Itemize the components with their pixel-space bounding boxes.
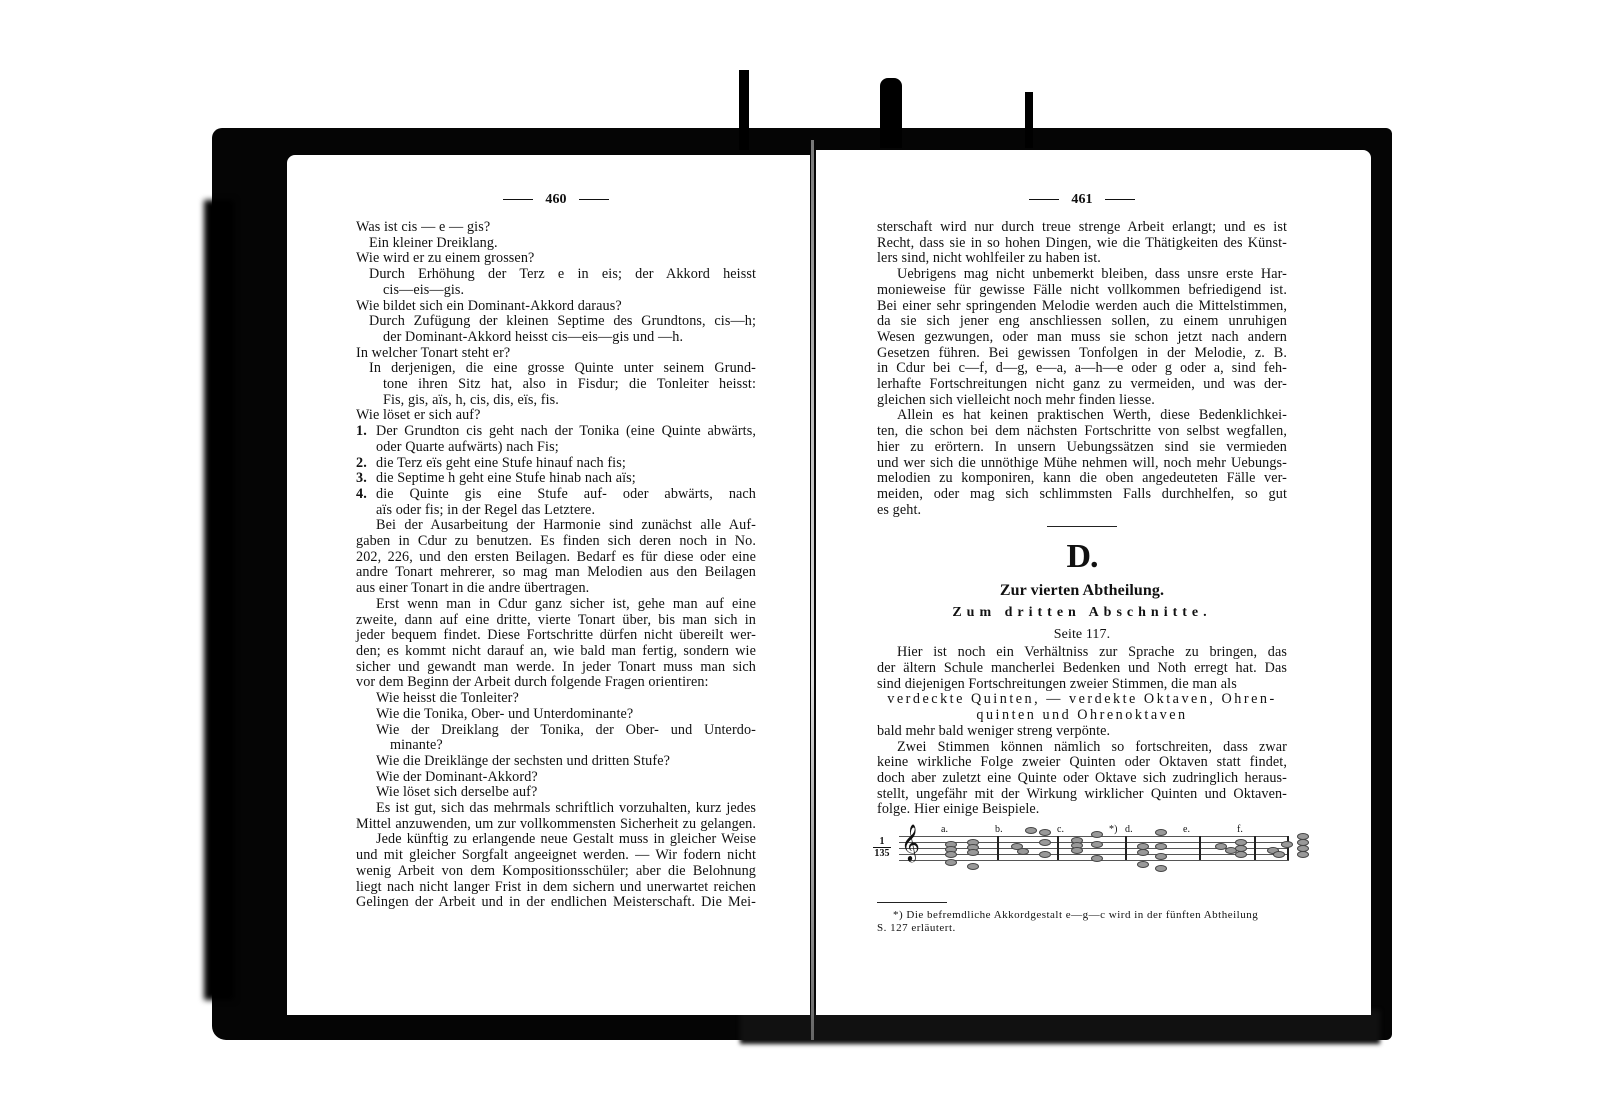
music-example: 1 135 a.b.c.*)d.e.f. 𝄞	[877, 822, 1287, 892]
binding-tab	[739, 70, 749, 150]
text-line: Jede künftig zu erlangende neue Gestalt …	[356, 832, 756, 848]
note-head-icon	[967, 863, 979, 870]
page-number: 461	[877, 190, 1287, 220]
text-line: cis—eis—gis.	[356, 283, 756, 299]
text-line: Durch Erhöhung der Terz e in eis; der Ak…	[356, 267, 756, 283]
text-line: doch aber zuletzt eine Quinte oder Oktav…	[877, 771, 1287, 787]
footnote-line: S. 127 erläutert.	[877, 922, 1287, 935]
footnote-divider	[877, 902, 947, 903]
footnote: *) Die befremdliche Akkordgestalt e—g—c …	[877, 909, 1287, 935]
list-number: 3.	[356, 471, 376, 487]
note-head-icon	[1039, 829, 1051, 836]
text-line: sicher und gewandt man werde. In jeder T…	[356, 660, 756, 676]
note-head-icon	[1091, 841, 1103, 848]
note-head-icon	[1155, 865, 1167, 872]
text-line: Ein kleiner Dreiklang.	[356, 236, 756, 252]
text-line: Was ist cis — e — gis?	[356, 220, 756, 236]
music-staff	[899, 836, 1289, 860]
text-line: Fis, gis, aïs, h, cis, dis, eïs, fis.	[356, 393, 756, 409]
text-line: 1.Der Grundton cis geht nach der Tonika …	[356, 424, 756, 440]
text-line: Recht, dass sie in so hohen Dingen, wie …	[877, 236, 1287, 252]
text-line: 202, 226, und den ersten Beilagen. Bedar…	[356, 550, 756, 566]
text-line: Wie die Dreiklänge der sechsten und drit…	[356, 754, 756, 770]
note-head-icon	[945, 851, 957, 858]
page-reference: Seite 117.	[877, 625, 1287, 645]
cover-edge-left	[204, 200, 234, 1000]
left-page-body: Was ist cis — e — gis?Ein kleiner Dreikl…	[356, 220, 756, 911]
text-line: melodien zu komponiren, kann die oben an…	[877, 471, 1287, 487]
note-head-icon	[1039, 839, 1051, 846]
text-line: Wie der Dominant-Akkord?	[356, 770, 756, 786]
text-line: Wie die Tonika, Ober- und Unterdominante…	[356, 707, 756, 723]
text-line: 4.die Quinte gis eine Stufe auf- oder ab…	[356, 487, 756, 503]
note-head-icon	[1155, 853, 1167, 860]
text-line: Bei einer sehr springenden Melodie werde…	[877, 299, 1287, 315]
text-line: gleichen sich vielleicht noch mehr finde…	[877, 393, 1287, 409]
text-line: Wie löset sich derselbe auf?	[356, 785, 756, 801]
text-line: liegt nach nicht langer Frist in dem sic…	[356, 880, 756, 896]
text-line: Gesetzen führen. Bei gewissen Tonfolgen …	[877, 346, 1287, 362]
text-line: in Cdur bei c—f, d—g, e—a, a—h—e oder g …	[877, 361, 1287, 377]
note-head-icon	[1039, 851, 1051, 858]
text-line: quinten und Ohrenoktaven	[877, 708, 1287, 724]
text-line: aus einer Tonart in die andre übertragen…	[356, 581, 756, 597]
text-line: da sie sich jener eng anschliessen solle…	[877, 314, 1287, 330]
text-line: Wie wird er zu einem grossen?	[356, 251, 756, 267]
text-line: 3.die Septime h geht eine Stufe hinab na…	[356, 471, 756, 487]
right-page-body-bottom: Hier ist noch ein Verhältniss zur Sprach…	[877, 645, 1287, 818]
text-line: Wie löset er sich auf?	[356, 408, 756, 424]
text-line: In derjenigen, die eine grosse Quinte un…	[356, 361, 756, 377]
text-line: folge. Hier einige Beispiele.	[877, 802, 1287, 818]
text-line: der Dominant-Akkord heisst cis—eis—gis u…	[356, 330, 756, 346]
note-head-icon	[1137, 861, 1149, 868]
left-page-text: 460 Was ist cis — e — gis?Ein kleiner Dr…	[356, 190, 756, 911]
text-line: Zwei Stimmen können nämlich so fortschre…	[877, 740, 1287, 756]
text-line: aïs oder fis; in der Regel das Letztere.	[356, 503, 756, 519]
text-line: Es ist gut, sich das mehrmals schriftlic…	[356, 801, 756, 817]
section-title: Zur vierten Abtheilung.	[877, 581, 1287, 601]
example-number: 1 135	[873, 836, 891, 859]
text-line: 2.die Terz eïs geht eine Stufe hinauf na…	[356, 456, 756, 472]
page-number: 460	[356, 190, 756, 220]
text-line: Wie heisst die Tonleiter?	[356, 691, 756, 707]
text-line: Mittel anzuwenden, um zur vollkommensten…	[356, 817, 756, 833]
note-head-icon	[1025, 827, 1037, 834]
text-line: minante?	[356, 738, 756, 754]
section-letter: D.	[877, 539, 1287, 575]
footnote-line: *) Die befremdliche Akkordgestalt e—g—c …	[877, 909, 1287, 922]
note-head-icon	[1235, 851, 1247, 858]
text-line: der ältern Schule mancherlei Bedenken un…	[877, 661, 1287, 677]
text-line: jeder bequem findet. Diese Fortschritte …	[356, 628, 756, 644]
text-line: lers sind, nicht wohlfeiler zu haben ist…	[877, 251, 1287, 267]
note-head-icon	[1155, 829, 1167, 836]
text-line: Wie bildet sich ein Dominant-Akkord dara…	[356, 299, 756, 315]
text-line: bald mehr bald weniger streng verpönte.	[877, 724, 1287, 740]
section-divider	[1047, 526, 1117, 527]
text-line: es geht.	[877, 503, 1287, 519]
subsection-title: Zum dritten Abschnitte.	[877, 603, 1287, 623]
text-line: Erst wenn man in Cdur ganz sicher ist, g…	[356, 597, 756, 613]
text-line: verdeckte Quinten, — verdekte Oktaven, O…	[877, 692, 1287, 708]
text-line: und mit gleicher Sorgfalt angeeignet wer…	[356, 848, 756, 864]
text-line: sind diejenigen Fortschreitungen zweier …	[877, 677, 1287, 693]
text-line: oder Quarte aufwärts) nach Fis;	[356, 440, 756, 456]
text-line: den; es kommt nicht darauf an, wie bald …	[356, 644, 756, 660]
list-number: 1.	[356, 424, 376, 440]
note-head-icon	[1071, 847, 1083, 854]
text-line: In welcher Tonart steht er?	[356, 346, 756, 362]
right-page-body-top: sterschaft wird nur durch treue strenge …	[877, 220, 1287, 518]
text-line: Wie der Dreiklang der Tonika, der Ober- …	[356, 723, 756, 739]
text-line: lerhafte Fortschreitungen nicht ganz zu …	[877, 377, 1287, 393]
book-gutter	[811, 140, 814, 1040]
text-line: ten, die schon bei dem nächsten Fortschr…	[877, 424, 1287, 440]
text-line: monieweise für gewisse Fälle nicht vollk…	[877, 283, 1287, 299]
text-line: Allein es hat keinen praktischen Werth, …	[877, 408, 1287, 424]
right-page-text: 461 sterschaft wird nur durch treue stre…	[877, 190, 1287, 935]
binding-tab	[1025, 92, 1033, 148]
cover-edge-bottom	[740, 1010, 1380, 1044]
text-line: stellt, ungefähr mit der Wirkung wirklic…	[877, 787, 1287, 803]
text-line: Hier ist noch ein Verhältniss zur Sprach…	[877, 645, 1287, 661]
text-line: meiden, oder mag sich schlimmsten Falls …	[877, 487, 1287, 503]
text-line: gaben in Cdur zu benutzen. Es finden sic…	[356, 534, 756, 550]
treble-clef-icon: 𝄞	[901, 826, 920, 858]
text-line: sterschaft wird nur durch treue strenge …	[877, 220, 1287, 236]
text-line: Durch Zufügung der kleinen Septime des G…	[356, 314, 756, 330]
list-number: 2.	[356, 456, 376, 472]
text-line: Gelingen der Arbeit und in der endlichen…	[356, 895, 756, 911]
text-line: tone ihren Sitz hat, also in Fisdur; die…	[356, 377, 756, 393]
text-line: Uebrigens mag nicht unbemerkt bleiben, d…	[877, 267, 1287, 283]
list-number: 4.	[356, 487, 376, 503]
text-line: Wesen gezwungen, oder man muss sie schon…	[877, 330, 1287, 346]
note-head-icon	[945, 859, 957, 866]
text-line: Bei der Ausarbeitung der Harmonie sind z…	[356, 518, 756, 534]
text-line: wenig Arbeit von dem Kompositionsschüler…	[356, 864, 756, 880]
text-line: vor dem Beginn der Arbeit durch folgende…	[356, 675, 756, 691]
text-line: hier zu erörtern. In unsern Uebungssätze…	[877, 440, 1287, 456]
text-line: andre Tonart mehrerer, so mag man Melodi…	[356, 565, 756, 581]
note-head-icon	[1273, 851, 1285, 858]
text-line: keine wirkliche Folge zweier Quinten ode…	[877, 755, 1287, 771]
binding-tab	[880, 78, 902, 148]
text-line: und wer sich die unnöthige Mühe nehmen w…	[877, 456, 1287, 472]
text-line: zweite, dann auf eine dritte, vierte Ton…	[356, 613, 756, 629]
